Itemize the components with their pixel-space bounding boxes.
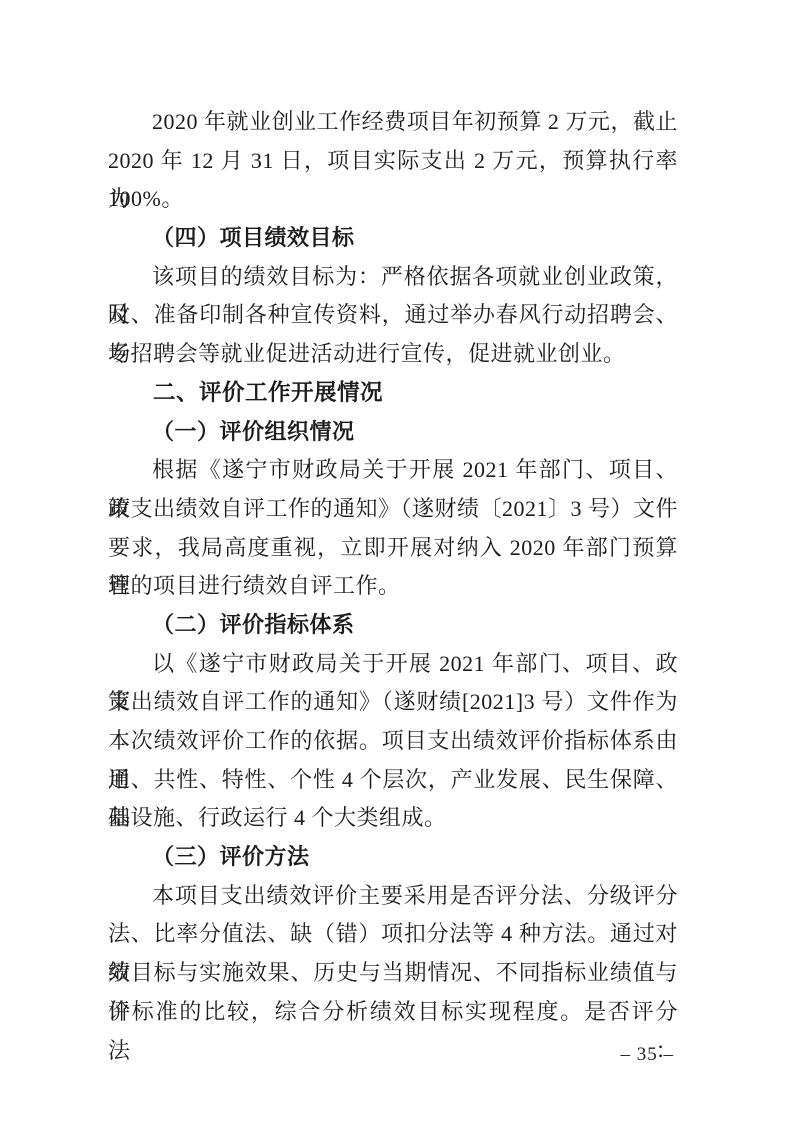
text-line: 支出绩效自评工作的通知》（遂财绩[2021]3 号）文件作为 [108, 683, 678, 722]
text-line: 法、比率分值法、缺（错）项扣分法等 4 种方法。通过对绩 [108, 915, 678, 954]
text-line: 时、准备印制各种宣传资料，通过举办春风行动招聘会、专 [108, 296, 678, 335]
text-line: 策支出绩效自评工作的通知》（遂财绩〔2021〕3 号）文件 [108, 490, 678, 529]
document-body: 2020 年就业创业工作经费项目年初预算 2 万元，截止 2020 年 12 月… [108, 103, 678, 1032]
text-line: 价标准的比较，综合分析绩效目标实现程度。是否评分法： [108, 993, 678, 1032]
page-number: – 35 – [621, 1041, 675, 1069]
text-line: 理的项目进行绩效自评工作。 [108, 567, 678, 606]
text-line: （四）项目绩效目标 [108, 219, 678, 258]
text-line: 该项目的绩效目标为：严格依据各项就业创业政策，及 [108, 258, 678, 297]
document-page: 2020 年就业创业工作经费项目年初预算 2 万元，截止 2020 年 12 月… [0, 0, 793, 1122]
text-line: 2020 年就业创业工作经费项目年初预算 2 万元，截止 [108, 103, 678, 142]
text-line: 效目标与实施效果、历史与当期情况、不同指标业绩值与评 [108, 954, 678, 993]
text-line: 100%。 [108, 180, 678, 219]
text-line: 场招聘会等就业促进活动进行宣传，促进就业创业。 [108, 335, 678, 374]
text-line: 根据《遂宁市财政局关于开展 2021 年部门、项目、政 [108, 451, 678, 490]
text-line: （二）评价指标体系 [108, 606, 678, 645]
text-line: 用、共性、特性、个性 4 个层次，产业发展、民生保障、基 [108, 761, 678, 800]
text-line: 本次绩效评价工作的依据。项目支出绩效评价指标体系由通 [108, 722, 678, 761]
text-line: （一）评价组织情况 [108, 413, 678, 452]
text-line: 以《遂宁市财政局关于开展 2021 年部门、项目、政策 [108, 645, 678, 684]
text-line: 础设施、行政运行 4 个大类组成。 [108, 799, 678, 838]
text-line: 要求，我局高度重视，立即开展对纳入 2020 年部门预算管 [108, 529, 678, 568]
text-line: 二、评价工作开展情况 [108, 374, 678, 413]
text-line: 2020 年 12 月 31 日，项目实际支出 2 万元，预算执行率为 [108, 142, 678, 181]
text-line: （三）评价方法 [108, 838, 678, 877]
text-line: 本项目支出绩效评价主要采用是否评分法、分级评分 [108, 877, 678, 916]
